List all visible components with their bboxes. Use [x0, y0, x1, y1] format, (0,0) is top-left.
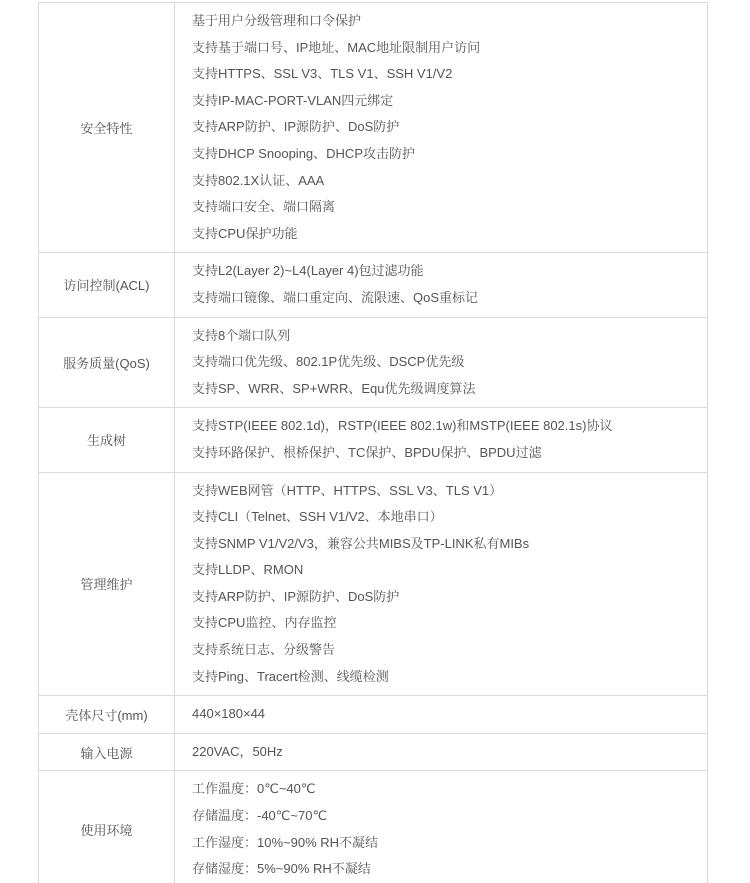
spec-line: 支持ARP防护、IP源防护、DoS防护 — [192, 114, 697, 141]
spec-line: 支持环路保护、根桥保护、TC保护、BPDU保护、BPDU过滤 — [192, 440, 697, 467]
spec-line: 支持端口安全、端口隔离 — [192, 194, 697, 221]
spec-line: 工作温度：0℃~40℃ — [192, 776, 697, 803]
spec-line: 存储湿度：5%~90% RH不凝结 — [192, 856, 697, 883]
spec-line: 支持STP(IEEE 802.1d)，RSTP(IEEE 802.1w)和MST… — [192, 413, 697, 440]
spec-line: 支持基于端口号、IP地址、MAC地址限制用户访问 — [192, 35, 697, 62]
spec-line: 支持SNMP V1/V2/V3，兼容公共MIBS及TP-LINK私有MIBs — [192, 531, 697, 558]
spec-row: 管理维护 支持WEB网管（HTTP、HTTPS、SSL V3、TLS V1）支持… — [39, 473, 707, 697]
spec-line: 工作湿度：10%~90% RH不凝结 — [192, 830, 697, 857]
spec-value-cell: 支持8个端口队列支持端口优先级、802.1P优先级、DSCP优先级支持SP、WR… — [175, 318, 707, 408]
spec-category-label: 访问控制(ACL) — [39, 253, 175, 316]
spec-line: 220VAC，50Hz — [192, 739, 697, 766]
spec-line: 支持L2(Layer 2)~L4(Layer 4)包过滤功能 — [192, 258, 697, 285]
spec-line: 支持802.1X认证、AAA — [192, 168, 697, 195]
spec-row: 输入电源 220VAC，50Hz — [39, 734, 707, 772]
spec-row: 使用环境 工作温度：0℃~40℃存储温度：-40℃~70℃工作湿度：10%~90… — [39, 771, 707, 883]
spec-category-label: 安全特性 — [39, 3, 175, 252]
spec-line: 支持Ping、Tracert检测、线缆检测 — [192, 664, 697, 691]
spec-line: 支持ARP防护、IP源防护、DoS防护 — [192, 584, 697, 611]
spec-table: 安全特性 基于用户分级管理和口令保护支持基于端口号、IP地址、MAC地址限制用户… — [38, 2, 708, 883]
spec-line: 基于用户分级管理和口令保护 — [192, 8, 697, 35]
spec-category-label: 使用环境 — [39, 771, 175, 883]
spec-line: 支持端口优先级、802.1P优先级、DSCP优先级 — [192, 349, 697, 376]
spec-line: 支持系统日志、分级警告 — [192, 637, 697, 664]
spec-value-cell: 440×180×44 — [175, 696, 707, 733]
spec-value-cell: 支持STP(IEEE 802.1d)，RSTP(IEEE 802.1w)和MST… — [175, 408, 707, 471]
spec-line: 支持HTTPS、SSL V3、TLS V1、SSH V1/V2 — [192, 61, 697, 88]
spec-row: 访问控制(ACL) 支持L2(Layer 2)~L4(Layer 4)包过滤功能… — [39, 253, 707, 317]
spec-line: 440×180×44 — [192, 701, 697, 728]
spec-value-cell: 基于用户分级管理和口令保护支持基于端口号、IP地址、MAC地址限制用户访问支持H… — [175, 3, 707, 252]
spec-category-label: 管理维护 — [39, 473, 175, 696]
spec-category-label: 壳体尺寸(mm) — [39, 696, 175, 733]
spec-line: 支持CLI（Telnet、SSH V1/V2、本地串口） — [192, 504, 697, 531]
spec-line: 支持8个端口队列 — [192, 323, 697, 350]
spec-value-cell: 支持L2(Layer 2)~L4(Layer 4)包过滤功能支持端口镜像、端口重… — [175, 253, 707, 316]
spec-value-cell: 工作温度：0℃~40℃存储温度：-40℃~70℃工作湿度：10%~90% RH不… — [175, 771, 707, 883]
spec-category-label: 生成树 — [39, 408, 175, 471]
spec-row: 生成树 支持STP(IEEE 802.1d)，RSTP(IEEE 802.1w)… — [39, 408, 707, 472]
spec-value-cell: 支持WEB网管（HTTP、HTTPS、SSL V3、TLS V1）支持CLI（T… — [175, 473, 707, 696]
spec-line: 支持LLDP、RMON — [192, 557, 697, 584]
spec-line: 支持CPU监控、内存监控 — [192, 610, 697, 637]
spec-line: 支持IP-MAC-PORT-VLAN四元绑定 — [192, 88, 697, 115]
spec-line: 存储温度：-40℃~70℃ — [192, 803, 697, 830]
spec-category-label: 服务质量(QoS) — [39, 318, 175, 408]
spec-line: 支持CPU保护功能 — [192, 221, 697, 248]
spec-row: 安全特性 基于用户分级管理和口令保护支持基于端口号、IP地址、MAC地址限制用户… — [39, 3, 707, 253]
spec-value-cell: 220VAC，50Hz — [175, 734, 707, 771]
spec-line: 支持WEB网管（HTTP、HTTPS、SSL V3、TLS V1） — [192, 478, 697, 505]
spec-row: 壳体尺寸(mm) 440×180×44 — [39, 696, 707, 734]
spec-row: 服务质量(QoS) 支持8个端口队列支持端口优先级、802.1P优先级、DSCP… — [39, 318, 707, 409]
spec-line: 支持端口镜像、端口重定向、流限速、QoS重标记 — [192, 285, 697, 312]
spec-line: 支持DHCP Snooping、DHCP攻击防护 — [192, 141, 697, 168]
spec-line: 支持SP、WRR、SP+WRR、Equ优先级调度算法 — [192, 376, 697, 403]
spec-category-label: 输入电源 — [39, 734, 175, 771]
